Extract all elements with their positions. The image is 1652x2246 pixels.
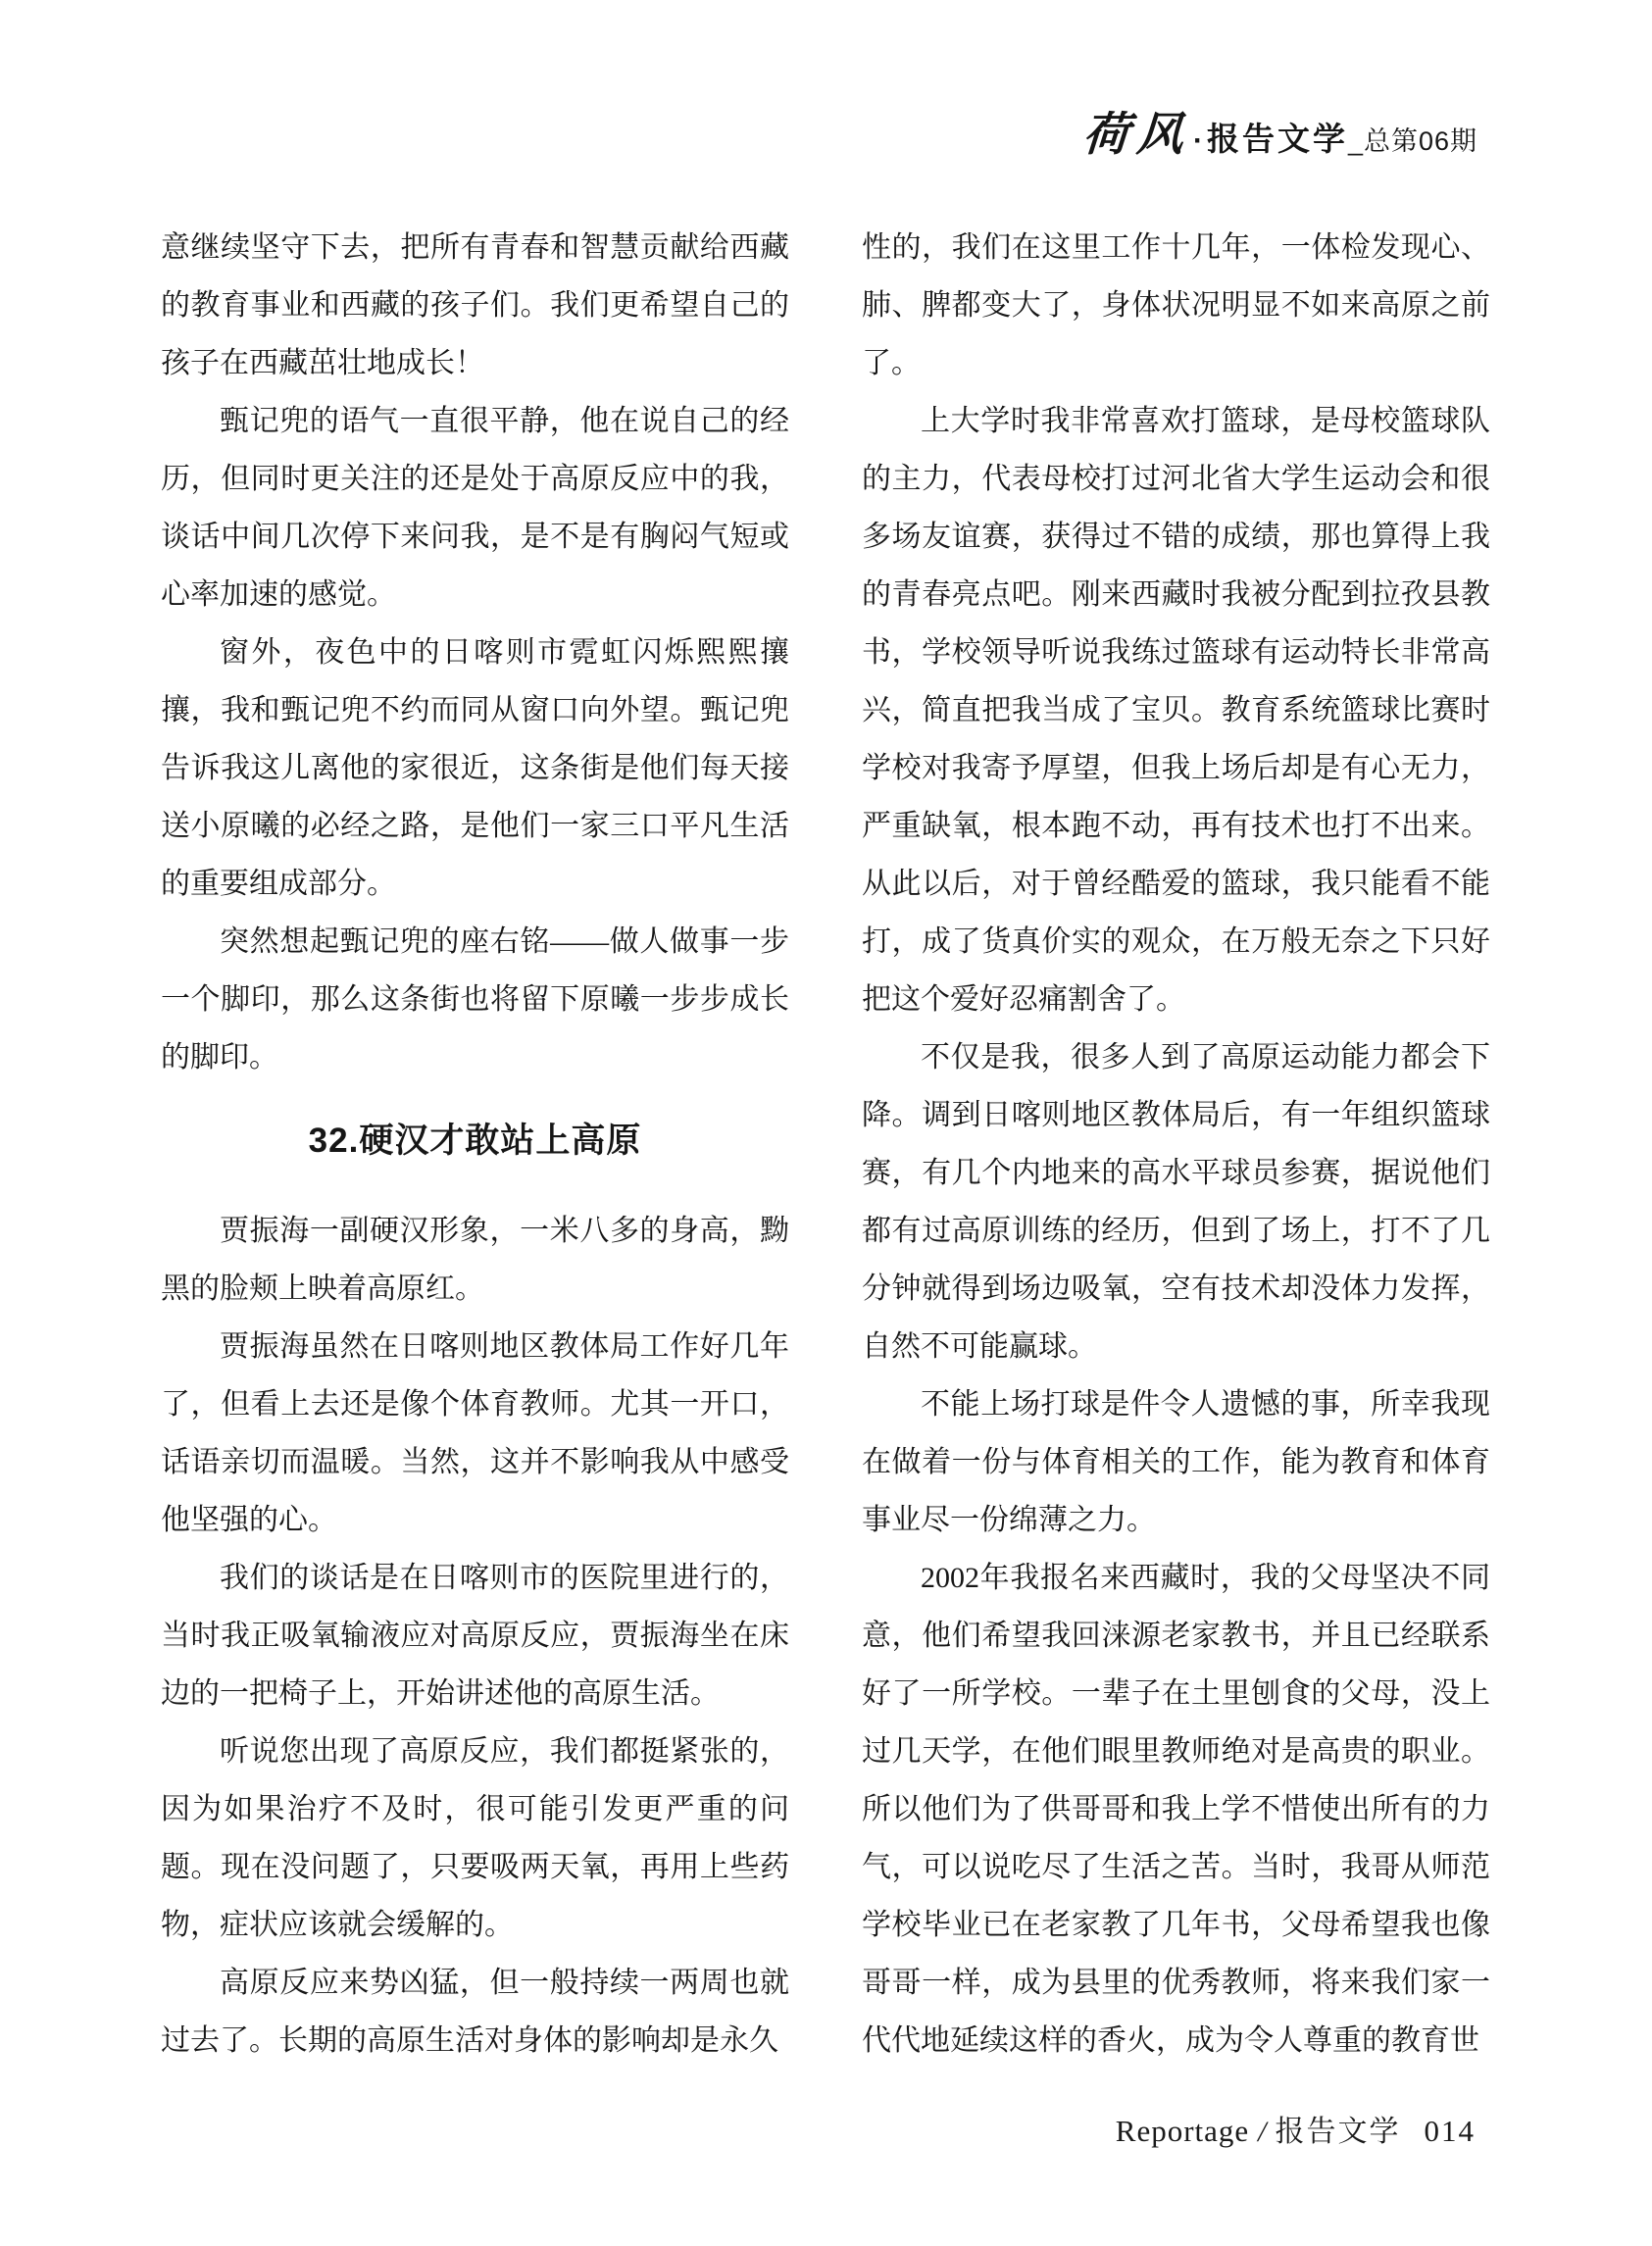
paragraph: 2002年我报名来西藏时，我的父母坚决不同意，他们希望我回涞源老家教书，并且已经… <box>862 1549 1490 2070</box>
footer-separator-slash: / <box>1258 2116 1266 2149</box>
header-separator-dot: · <box>1193 125 1203 158</box>
right-column: 性的，我们在这里工作十几年，一体检发现心、肺、脾都变大了，身体状况明显不如来高原… <box>862 219 1490 2076</box>
page-number: 014 <box>1425 2114 1477 2149</box>
magazine-page: { "header": { "logo_script": "荷风", "sepa… <box>0 0 1652 2246</box>
paragraph: 听说您出现了高原反应，我们都挺紧张的，因为如果治疗不及时，很可能引发更严重的问题… <box>161 1722 789 1954</box>
paragraph: 甄记兜的语气一直很平静，他在说自己的经历，但同时更关注的还是处于高原反应中的我，… <box>161 392 789 624</box>
paragraph: 性的，我们在这里工作十几年，一体检发现心、肺、脾都变大了，身体状况明显不如来高原… <box>862 219 1490 392</box>
section-heading: 32.硬汉才敢站上高原 <box>161 1112 789 1170</box>
journal-logo-script: 荷风 <box>1081 98 1194 164</box>
paragraph: 意继续坚守下去，把所有青春和智慧贡献给西藏的教育事业和西藏的孩子们。我们更希望自… <box>161 219 789 392</box>
text-columns: 意继续坚守下去，把所有青春和智慧贡献给西藏的教育事业和西藏的孩子们。我们更希望自… <box>161 219 1491 2076</box>
paragraph: 不能上场打球是件令人遗憾的事，所幸我现在做着一份与体育相关的工作，能为教育和体育… <box>862 1375 1490 1549</box>
left-column: 意继续坚守下去，把所有青春和智慧贡献给西藏的教育事业和西藏的孩子们。我们更希望自… <box>161 219 789 2076</box>
paragraph: 高原反应来势凶猛，但一般持续一两周也就过去了。长期的高原生活对身体的影响却是永久 <box>161 1954 789 2070</box>
footer-journal-en: Reportage <box>1116 2114 1249 2149</box>
paragraph: 不仅是我，很多人到了高原运动能力都会下降。调到日喀则地区教体局后，有一年组织篮球… <box>862 1028 1490 1375</box>
page-header: 荷风 · 报告文学 _总第06期 <box>1083 98 1477 164</box>
journal-issue-label: _总第06期 <box>1348 120 1477 158</box>
paragraph: 我们的谈话是在日喀则市的医院里进行的，当时我正吸氧输液应对高原反应，贾振海坐在床… <box>161 1549 789 1722</box>
paragraph: 贾振海虽然在日喀则地区教体局工作好几年了，但看上去还是像个体育教师。尤其一开口，… <box>161 1318 789 1549</box>
footer-journal-cn: 报告文学 <box>1276 2107 1401 2150</box>
journal-section-title: 报告文学 <box>1207 114 1348 160</box>
paragraph: 窗外，夜色中的日喀则市霓虹闪烁熙熙攘攘，我和甄记兜不约而同从窗口向外望。甄记兜告… <box>161 624 789 913</box>
paragraph: 贾振海一副硬汉形象，一米八多的身高，黝黑的脸颊上映着高原红。 <box>161 1202 789 1318</box>
page-footer: Reportage / 报告文学 014 <box>1116 2107 1476 2150</box>
paragraph: 突然想起甄记兜的座右铭——做人做事一步一个脚印，那么这条街也将留下原曦一步步成长… <box>161 913 789 1086</box>
paragraph: 上大学时我非常喜欢打篮球，是母校篮球队的主力，代表母校打过河北省大学生运动会和很… <box>862 392 1490 1028</box>
